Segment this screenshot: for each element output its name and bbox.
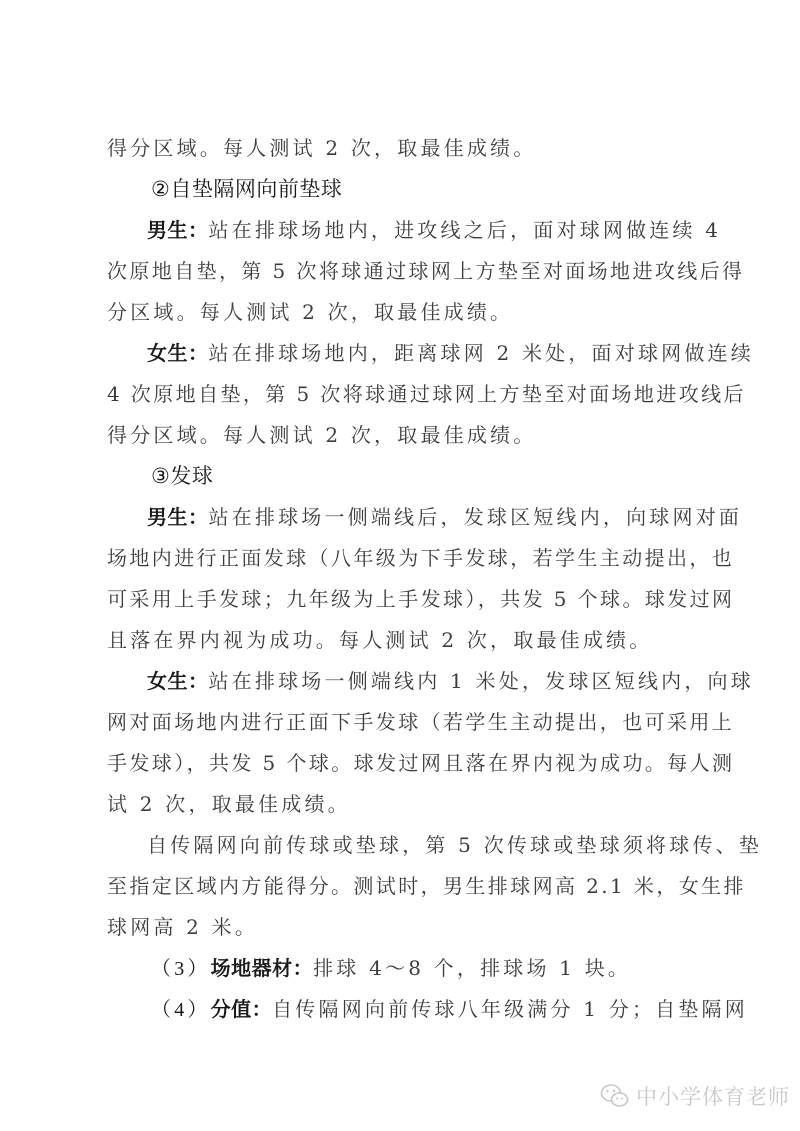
paragraph-female-serve: 女生：站在排球场一侧端线内 1 米处，发球区短线内，向球 bbox=[107, 661, 699, 702]
text-line: 得分区域。每人测试 2 次，取最佳成绩。 bbox=[107, 415, 699, 456]
label-male: 男生： bbox=[147, 218, 209, 242]
document-page: 得分区域。每人测试 2 次，取最佳成绩。 ②自垫隔网向前垫球 男生：站在排球场地… bbox=[107, 128, 699, 1030]
watermark-text: 中小学体育老师 bbox=[636, 1081, 790, 1111]
label-male: 男生： bbox=[147, 505, 209, 529]
text-line: 可采用上手发球；九年级为上手发球），共发 5 个球。球发过网 bbox=[107, 579, 699, 620]
text-line: 试 2 次，取最佳成绩。 bbox=[107, 784, 699, 825]
section-heading-bump-pass: ②自垫隔网向前垫球 bbox=[107, 169, 699, 210]
text-line: 自传隔网向前传球八年级满分 1 分；自垫隔网 bbox=[272, 997, 748, 1021]
text-line: 排球 4～8 个，排球场 1 块。 bbox=[313, 956, 631, 980]
text-line: 手发球），共发 5 个球。球发过网且落在界内视为成功。每人测 bbox=[107, 743, 699, 784]
text-line: 至指定区域内方能得分。测试时，男生排球网高 2.1 米，女生排 bbox=[107, 866, 699, 907]
text-line: 球网高 2 米。 bbox=[107, 907, 699, 948]
paragraph-note: 自传隔网向前传球或垫球，第 5 次传球或垫球须将球传、垫 bbox=[107, 825, 699, 866]
paragraph-male-serve: 男生：站在排球场一侧端线后，发球区短线内，向球网对面 bbox=[107, 497, 699, 538]
text-line: 场地内进行正面发球（八年级为下手发球，若学生主动提出，也 bbox=[107, 538, 699, 579]
text-line: 站在排球场地内，进攻线之后，面对球网做连续 4 bbox=[209, 218, 722, 242]
label-female: 女生： bbox=[147, 341, 209, 365]
watermark: 中小学体育老师 bbox=[600, 1078, 790, 1114]
wechat-icon bbox=[600, 1083, 630, 1109]
text-line: 网对面场地内进行正面下手发球（若学生主动提出，也可采用上 bbox=[107, 702, 699, 743]
item-number: （3） bbox=[151, 958, 211, 980]
paragraph-female-bump: 女生：站在排球场地内，距离球网 2 米处，面对球网做连续 bbox=[107, 333, 699, 374]
text-line: 得分区域。每人测试 2 次，取最佳成绩。 bbox=[107, 128, 699, 169]
text-line: 分区域。每人测试 2 次，取最佳成绩。 bbox=[107, 292, 699, 333]
item-number: （4） bbox=[151, 999, 211, 1021]
label-score: 分值： bbox=[211, 997, 273, 1021]
paragraph-equipment: （3）场地器材：排球 4～8 个，排球场 1 块。 bbox=[107, 948, 699, 989]
text-line: 且落在界内视为成功。每人测试 2 次，取最佳成绩。 bbox=[107, 620, 699, 661]
section-heading-serve: ③发球 bbox=[107, 456, 699, 497]
label-female: 女生： bbox=[147, 669, 209, 693]
paragraph-score: （4）分值：自传隔网向前传球八年级满分 1 分；自垫隔网 bbox=[107, 989, 699, 1030]
text-line: 站在排球场一侧端线内 1 米处，发球区短线内，向球 bbox=[209, 669, 754, 693]
paragraph-male-bump: 男生：站在排球场地内，进攻线之后，面对球网做连续 4 bbox=[107, 210, 699, 251]
label-equipment: 场地器材： bbox=[211, 956, 314, 980]
text-line: 站在排球场地内，距离球网 2 米处，面对球网做连续 bbox=[209, 341, 754, 365]
text-line: 站在排球场一侧端线后，发球区短线内，向球网对面 bbox=[209, 505, 743, 529]
text-line: 4 次原地自垫，第 5 次将球通过球网上方垫至对面场地进攻线后 bbox=[107, 374, 699, 415]
text-line: 次原地自垫，第 5 次将球通过球网上方垫至对面场地进攻线后得 bbox=[107, 251, 699, 292]
